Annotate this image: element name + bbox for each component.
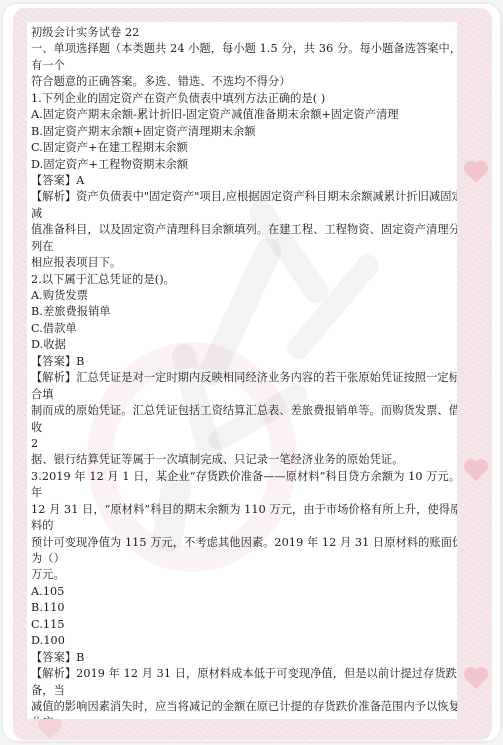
q2-option-d: D.收据 [31,337,455,353]
q3-option-b: B.110 [31,600,455,616]
heart-icon [466,163,486,183]
q3-explanation: 减值的影响因素消失时，应当将减记的金额在原已计提的存货跌价准备范围内予以恢复。因 [31,699,455,715]
question-2: 2.以下属于汇总凭证的是()。 [31,272,455,288]
q2-option-c: C.借款单 [31,321,455,337]
q3-explanation: 此应 [31,715,455,719]
q2-explanation: 据、银行结算凭证等属于一次填制完成、只记录一笔经济业务的原始凭证。 [31,452,455,468]
q1-explanation: 列在 [31,239,455,255]
heart-icon [466,669,486,689]
q2-explanation: 【解析】汇总凭证是对一定时期内反映相同经济业务内容的若干张原始凭证按照一定标准综 [31,370,455,386]
q1-explanation: 值准备科目，以及固定资产清理科目余额填列。在建工程、工程物资、固定资产清理分别填 [31,222,455,238]
question-1: 1.下列企业的固定资产在资产负债表中填列方法正确的是( ) [31,91,455,107]
question-3: 为（） [31,551,455,567]
question-3: 年 [31,485,455,501]
q1-explanation: 减 [31,206,455,222]
question-3: 12 月 31 日，“原材料”科目的期末余额为 110 万元，由于市场价格有所上… [31,502,455,518]
q1-option-b: B.固定资产期末余额+固定资产清理期末余额 [31,124,455,140]
section-heading: 一、单项选择题（本类题共 24 小题，每小题 1.5 分，共 36 分。每小题备… [31,41,455,57]
q2-explanation: 合填 [31,387,455,403]
q3-explanation: 【解析】2019 年 12 月 31 日，原材料成本低于可变现净值，但是以前计提… [31,666,455,682]
q1-answer: 【答案】A [31,173,455,189]
document-page: 初级会计实务试卷 22 一、单项选择题（本类题共 24 小题，每小题 1.5 分… [27,22,457,719]
question-3: 预计可变现净值为 115 万元，不考虑其他因素。2019 年 12 月 31 日… [31,535,455,551]
q1-option-a: A.固定资产期末余额-累计折旧-固定资产减值准备期末余额+固定资产清理 [31,107,455,123]
q3-option-d: D.100 [31,633,455,649]
page-number: 2 [31,436,455,452]
heart-icon [40,719,60,739]
q3-answer: 【答案】B [31,650,455,666]
q1-option-d: D.固定资产+工程物资期末余额 [31,157,455,173]
q2-explanation: 收 [31,420,455,436]
document-text: 初级会计实务试卷 22 一、单项选择题（本类题共 24 小题，每小题 1.5 分… [31,25,455,719]
question-3: 万元。 [31,567,455,583]
q3-option-c: C.115 [31,617,455,633]
q1-option-c: C.固定资产+在建工程期末余额 [31,140,455,156]
q1-explanation: 【解析】资产负债表中"固定资产"项目,应根据固定资产科目期末余额减累计折旧减固定… [31,189,455,205]
question-3: 料的 [31,518,455,534]
q3-explanation: 备，当 [31,683,455,699]
q2-answer: 【答案】B [31,354,455,370]
q2-option-b: B.差旅费报销单 [31,304,455,320]
q3-option-a: A.105 [31,584,455,600]
section-heading-cont: 符合题意的正确答案。多选、错选、不选均不得分） [31,74,455,90]
q1-explanation: 相应报表项目下。 [31,255,455,271]
heart-icon [466,461,486,481]
question-3: 3.2019 年 12 月 1 日，某企业“存货跌价准备——原材料”科目贷方余额… [31,469,455,485]
doc-title: 初级会计实务试卷 22 [31,25,455,41]
q2-explanation: 制而成的原始凭证。汇总凭证包括工资结算汇总表、差旅费报销单等。而购货发票、借款单… [31,403,455,419]
q2-option-a: A.购货发票 [31,288,455,304]
section-heading-cont: 有一个 [31,58,455,74]
